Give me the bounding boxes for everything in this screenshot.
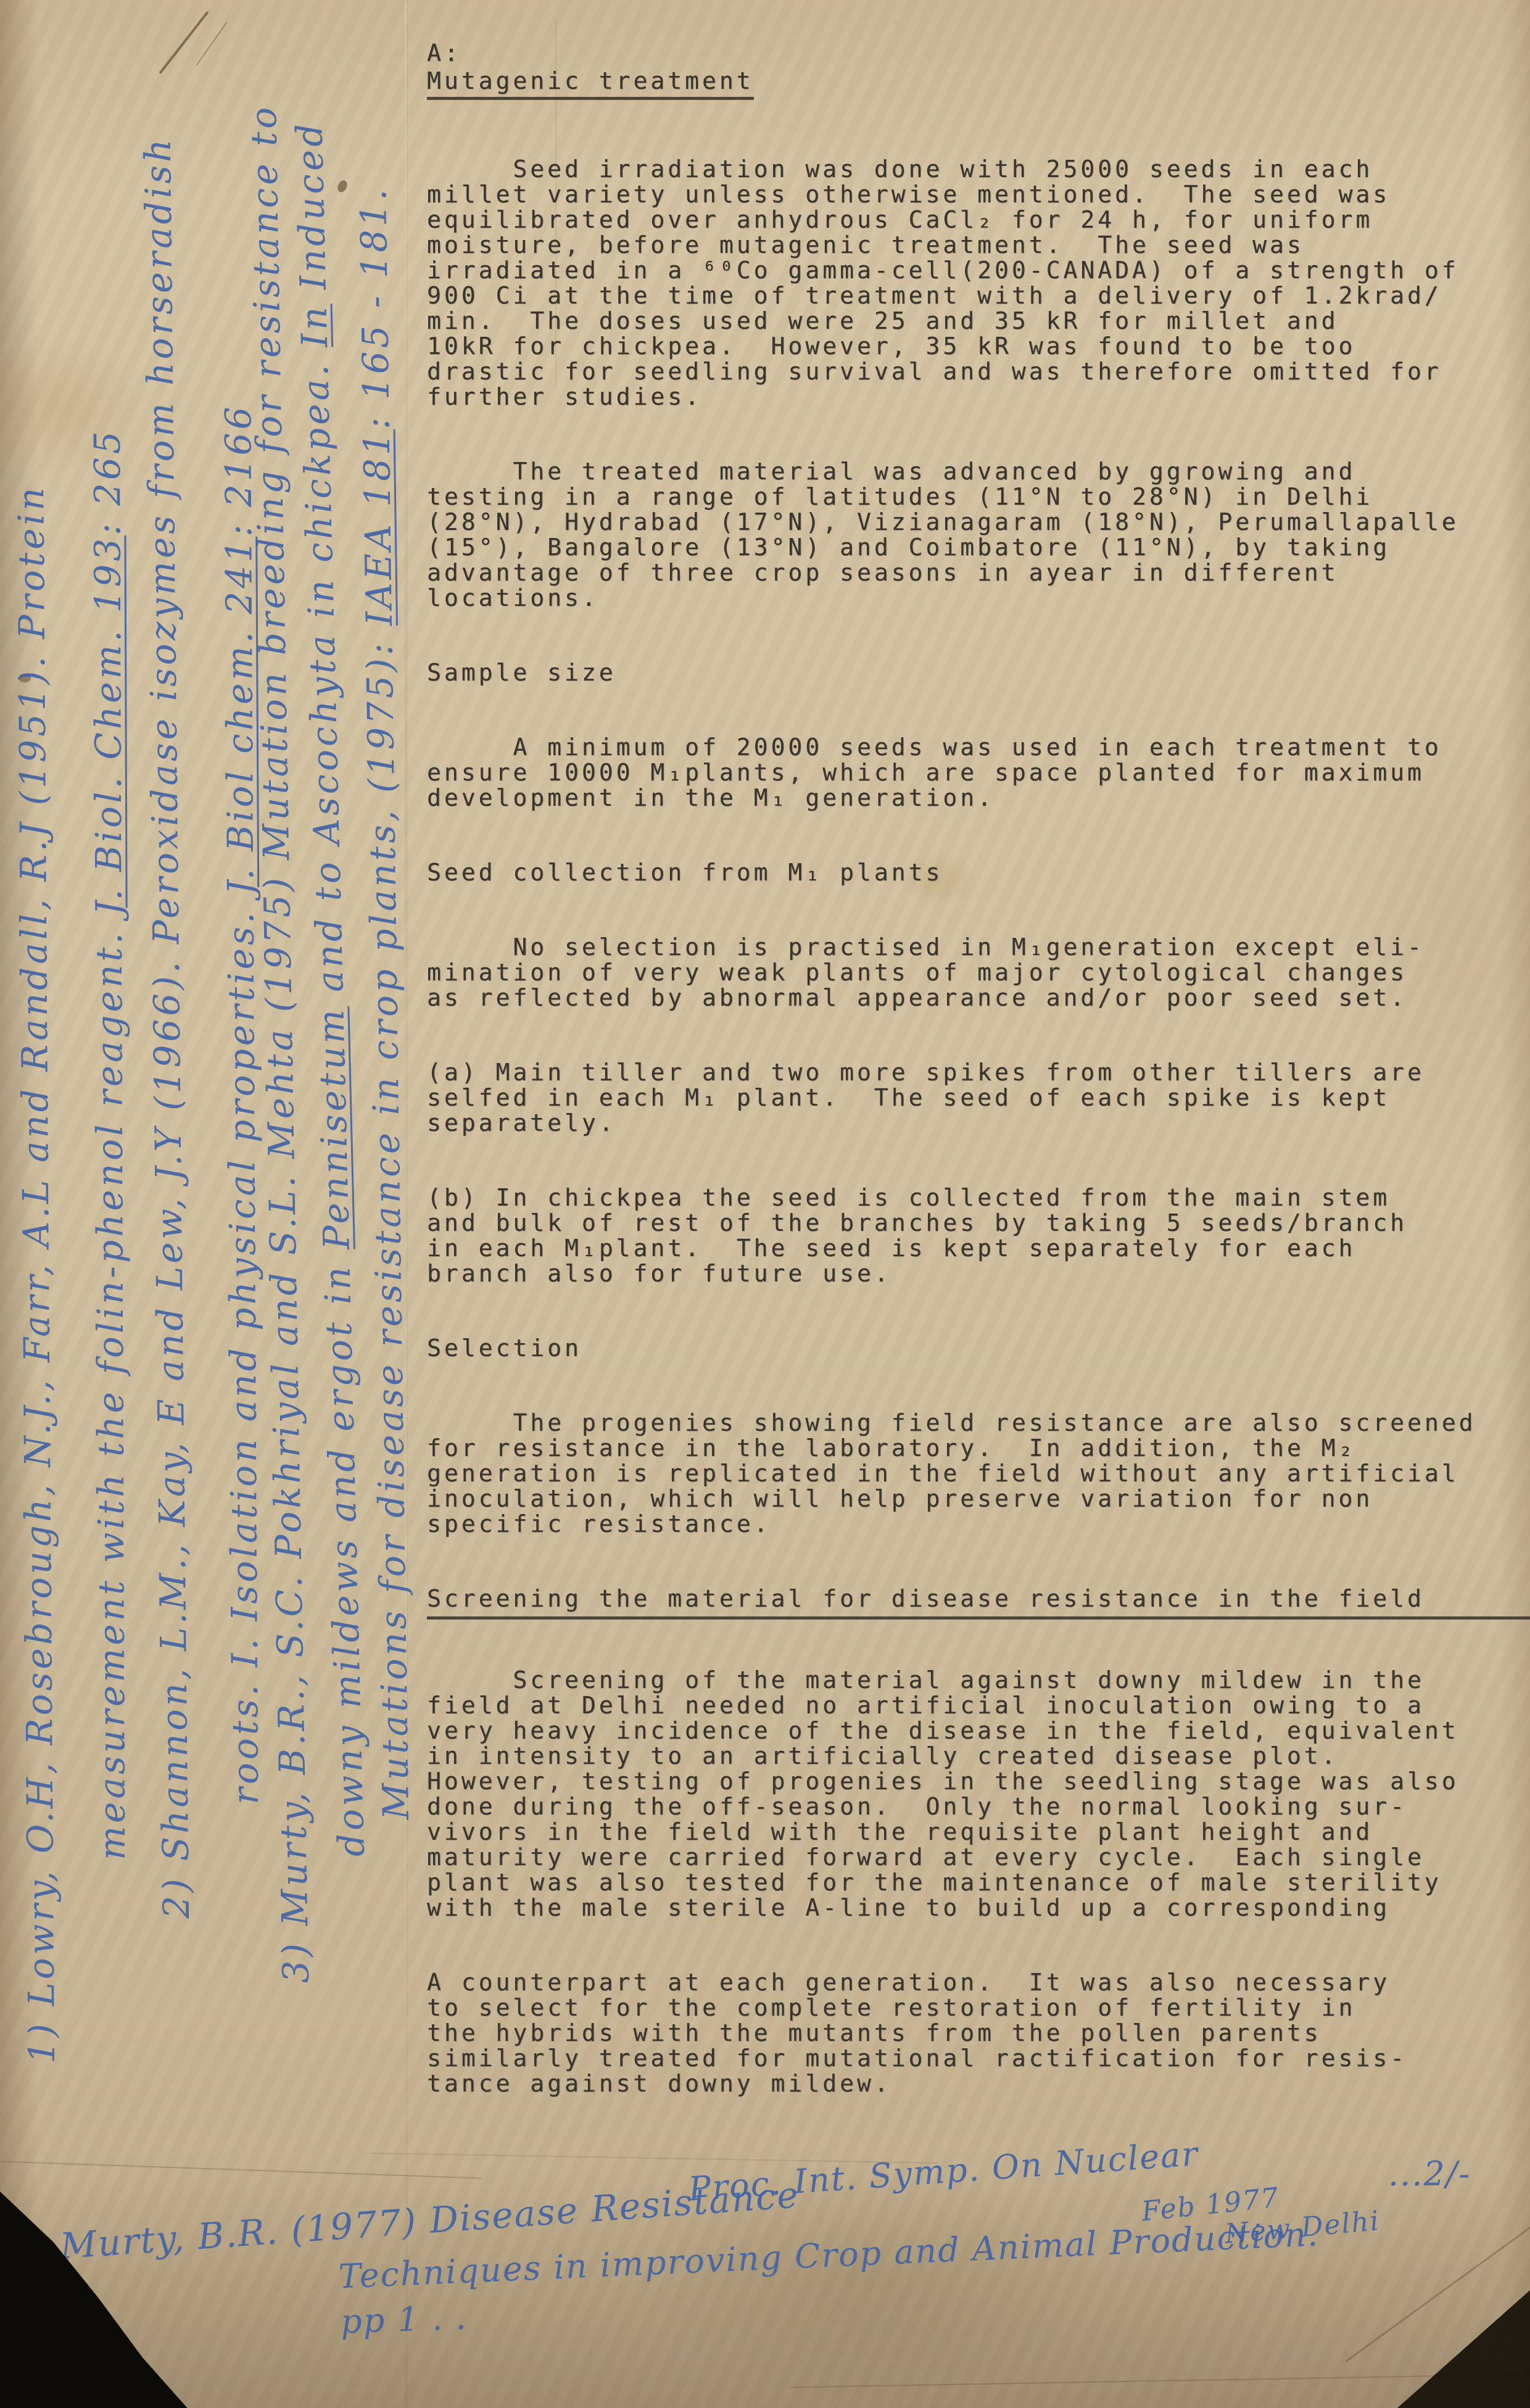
typed-line: in intensity to an artificially created … — [427, 1744, 1530, 1769]
typed-line: locations. — [427, 585, 1530, 611]
typed-line: Screening of the material against downy … — [427, 1668, 1530, 1693]
typed-line: ensure 10000 M₁plants, which are space p… — [427, 760, 1530, 785]
typed-line: A counterpart at each generation. It was… — [427, 1970, 1530, 1995]
typed-line: and bulk of rest of the branches by taki… — [427, 1210, 1530, 1236]
typed-line: very heavy incidence of the disease in t… — [427, 1718, 1530, 1744]
typed-line: as reflected by abnormal appearance and/… — [427, 985, 1530, 1011]
handwriting-segment: J. Biol. Chem. 193 — [87, 536, 130, 916]
typed-line: generation is replicated in the field wi… — [427, 1461, 1530, 1486]
corner-shadow — [1397, 2290, 1530, 2408]
paragraph: A counterpart at each generation. It was… — [427, 1970, 1530, 2096]
handwriting-segment: and to Ascochyta in chickpea. — [294, 347, 352, 1007]
paragraph: Screening of the material against downy … — [427, 1668, 1530, 1921]
handwritten-note: pp 1 . . — [340, 2298, 468, 2341]
typed-line: development in the M₁ generation. — [427, 785, 1530, 811]
typed-line: plant was also tested for the maintenanc… — [427, 1870, 1530, 1895]
handwriting-segment: Induced — [288, 120, 334, 305]
typed-line: branch also for future use. — [427, 1261, 1530, 1286]
typed-line: done during the off-season. Only the nor… — [427, 1794, 1530, 1819]
typed-line: similarly treated for mutational ractifi… — [427, 2046, 1530, 2071]
typed-line: Selection — [427, 1336, 1530, 1361]
handwriting-segment: In — [293, 304, 336, 348]
typed-line: moisture, before mutagenic treatment. Th… — [427, 233, 1530, 258]
typed-line: the hybrids with the mutants from the po… — [427, 2021, 1530, 2046]
typed-line: drastic for seedling survival and was th… — [427, 359, 1530, 384]
handwriting-segment: : 165 - 181. — [352, 186, 397, 429]
typed-line: Seed collection from M₁ plants — [427, 860, 1530, 885]
paragraph: The progenies showing field resistance a… — [427, 1410, 1530, 1537]
handwriting-segment: measurement with the folin-phenol reagen… — [88, 915, 133, 1860]
typed-line: advantage of three crop seasons in ayear… — [427, 560, 1530, 585]
typed-line: specific resistance. — [427, 1512, 1530, 1537]
typed-line: equilibrated over anhydrous CaCl₂ for 24… — [427, 207, 1530, 233]
typed-line: millet variety unless otherwise mentione… — [427, 182, 1530, 207]
typed-line: (a) Main tiller and two more spikes from… — [427, 1060, 1530, 1085]
handwriting-segment: 2) Shannon, L.M., Kay, E and Lew, J.Y (1… — [137, 136, 197, 1919]
paragraph: A minimum of 20000 seeds was used in eac… — [427, 735, 1530, 811]
typed-line: vivors in the field with the requisite p… — [427, 1819, 1530, 1845]
typed-line: The treated material was advanced by ggr… — [427, 459, 1530, 484]
typed-line: with the male sterile A-line to build up… — [427, 1895, 1530, 1921]
typed-line: tance against downy mildew. — [427, 2071, 1530, 2096]
typed-line: (15°), Bangalore (13°N) and Coimbatore (… — [427, 535, 1530, 560]
handwriting-segment: : 265 — [86, 428, 129, 536]
section-heading: Seed collection from M₁ plants — [427, 860, 1530, 885]
typed-line: No selection is practised in M₁generatio… — [427, 935, 1530, 960]
typed-line: testing in a range of latitudes (11°N to… — [427, 484, 1530, 510]
typed-line: maturity were carried forward at every c… — [427, 1845, 1530, 1870]
typed-line: A minimum of 20000 seeds was used in eac… — [427, 735, 1530, 760]
typed-line: selfed in each M₁ plant. The seed of eac… — [427, 1085, 1530, 1111]
handwriting-segment: downy mildews and ergot in — [316, 1249, 373, 1857]
typed-line: A: — [427, 41, 1530, 66]
paragraph: The treated material was advanced by ggr… — [427, 459, 1530, 611]
paragraph: (a) Main tiller and two more spikes from… — [427, 1060, 1530, 1136]
typed-line: (28°N), Hydrabad (17°N), Vizianagaram (1… — [427, 510, 1530, 535]
margin-reference-line: 1) Lowry, O.H, Rosebrough, N.J., Farr, A… — [12, 484, 60, 2064]
typed-line: 10kR for chickpea. However, 35 kR was fo… — [427, 334, 1530, 359]
section-heading: Screening the material for disease resis… — [427, 1586, 1530, 1620]
typed-line: Mutagenic treatment — [427, 68, 754, 100]
typed-line: irradiated in a ⁶⁰Co gamma-cell(200-CANA… — [427, 258, 1530, 283]
margin-reference-line: measurement with the folin-phenol reagen… — [89, 428, 131, 1860]
section-heading: Selection — [427, 1336, 1530, 1361]
typed-line: mination of very weak plants of major cy… — [427, 960, 1530, 985]
section-heading: Mutagenic treatment — [427, 68, 1530, 100]
typed-line: min. The doses used were 25 and 35 kR fo… — [427, 308, 1530, 334]
typed-line: further studies. — [427, 384, 1530, 410]
typed-line: However, testing of progenies in the see… — [427, 1769, 1530, 1794]
section-label: A: — [427, 41, 1530, 66]
typed-line: for resistance in the laboratory. In add… — [427, 1436, 1530, 1461]
paragraph: No selection is practised in M₁generatio… — [427, 935, 1530, 1011]
typed-line: The progenies showing field resistance a… — [427, 1410, 1530, 1436]
margin-reference-line: 2) Shannon, L.M., Kay, E and Lew, J.Y (1… — [139, 136, 195, 1919]
paragraph: Seed irradiation was done with 25000 see… — [427, 157, 1530, 410]
typed-line: in each M₁plant. The seed is kept separa… — [427, 1236, 1530, 1261]
corner-shadow — [0, 2156, 213, 2408]
typed-line: separately. — [427, 1111, 1530, 1136]
ink-scratch — [159, 11, 209, 74]
handwriting-segment: 1) Lowry, O.H, Rosebrough, N.J., Farr, A… — [10, 484, 63, 2064]
horizontal-crease — [0, 2161, 481, 2178]
ink-scratch — [196, 22, 228, 66]
horizontal-crease — [790, 2374, 1530, 2388]
handwritten-page-marker: ...2/- — [1388, 2154, 1471, 2193]
typed-line: to select for the complete restoration o… — [427, 1995, 1530, 2021]
typed-line: Sample size — [427, 660, 1530, 685]
typed-line: inoculation, which will help preserve va… — [427, 1486, 1530, 1512]
typed-line: 900 Ci at the time of treatment with a d… — [427, 283, 1530, 308]
typed-line: (b) In chickpea the seed is collected fr… — [427, 1185, 1530, 1210]
typed-line: Screening the material for disease resis… — [427, 1586, 1530, 1612]
section-heading: Sample size — [427, 660, 1530, 685]
handwriting-segment: IAEA 181 — [356, 429, 400, 626]
ink-fleck — [336, 179, 349, 194]
typed-line: Seed irradiation was done with 25000 see… — [427, 157, 1530, 182]
handwriting-segment: Pennisetum — [310, 1006, 358, 1250]
typed-text-column: A:Mutagenic treatment Seed irradiation w… — [427, 41, 1530, 2146]
paragraph: (b) In chickpea the seed is collected fr… — [427, 1185, 1530, 1286]
typed-line: field at Delhi needed no artificial inoc… — [427, 1693, 1530, 1718]
document-page: A:Mutagenic treatment Seed irradiation w… — [0, 0, 1530, 2408]
